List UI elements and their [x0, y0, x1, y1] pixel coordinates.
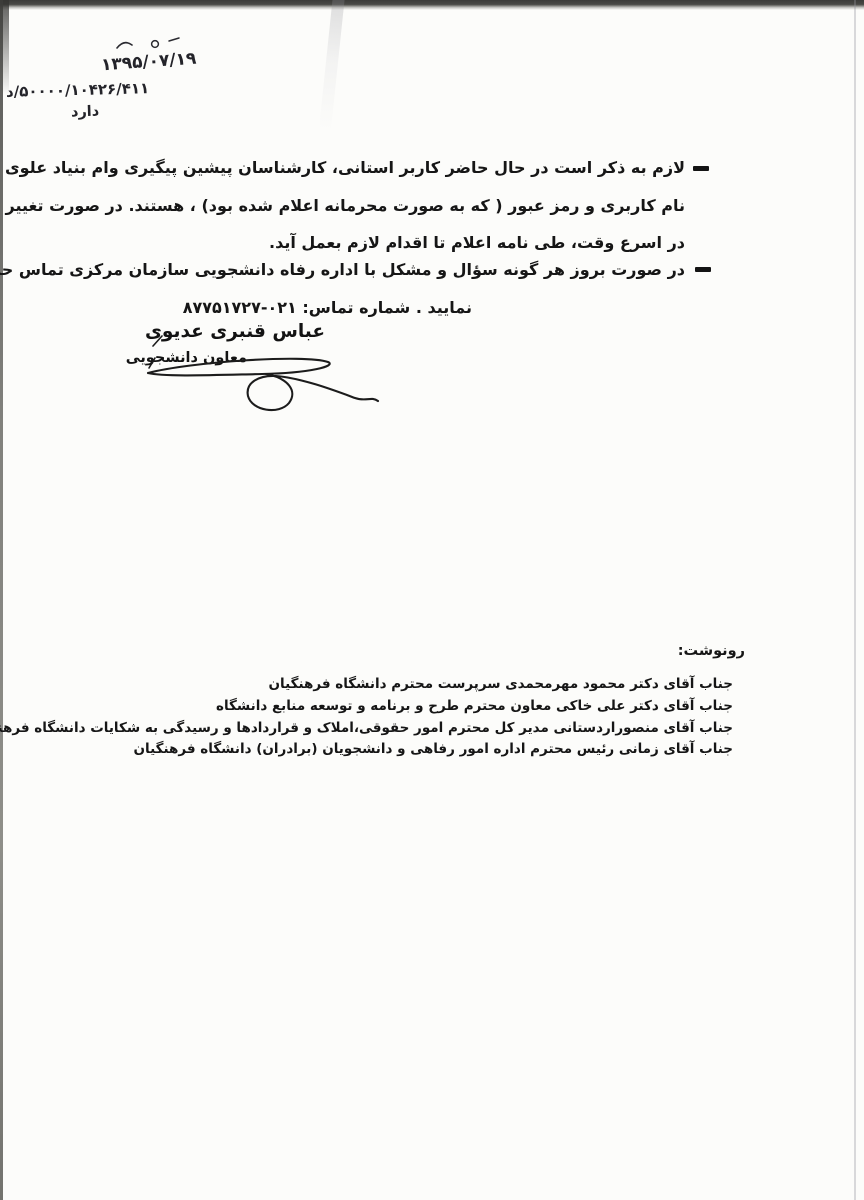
signature-scribble [140, 347, 382, 423]
copy-item: جناب آقای زمانی رئیس محترم اداره امور رف… [0, 739, 733, 761]
bullet-dash-icon [695, 267, 711, 272]
bullet-paragraph-2: در صورت بروز هر گونه سؤال و مشکل با ادار… [0, 251, 685, 326]
bullet-paragraph-1: لازم به ذکر است در حال حاضر کاربر استانی… [0, 149, 685, 262]
copy-section-label: رونوشت: [678, 643, 745, 659]
scan-top-edge [0, 0, 864, 10]
copy-list: جناب آقای دکتر محمود مهرمحمدی سرپرست محت… [0, 674, 733, 761]
copy-item: جناب آقای دکتر محمود مهرمحمدی سرپرست محت… [0, 674, 733, 696]
scan-right-line [854, 0, 856, 1200]
copy-item: جناب آقای منصوراردستانی مدیر کل محترم ام… [0, 718, 733, 740]
scanned-letter-page: ۱۳۹۵/۰۷/۱۹ ۵۰۰۰۰/۱۰۴۲۶/۴۱۱/د دارد لازم ب… [0, 0, 864, 1200]
paragraph-line: لازم به ذکر است در حال حاضر کاربر استانی… [0, 149, 685, 187]
reference-number: ۵۰۰۰۰/۱۰۴۲۶/۴۱۱/د [6, 79, 150, 101]
bullet-dash-icon [693, 166, 709, 171]
paragraph-line: در صورت بروز هر گونه سؤال و مشکل با ادار… [0, 251, 685, 289]
paragraph-line: نام کاربری و رمز عبور ( که به صورت محرما… [0, 187, 685, 225]
attachment-note: دارد [71, 104, 100, 121]
scan-fold-streak [319, 0, 346, 132]
copy-item: جناب آقای دکتر علی خاکی معاون محترم طرح … [0, 696, 733, 718]
